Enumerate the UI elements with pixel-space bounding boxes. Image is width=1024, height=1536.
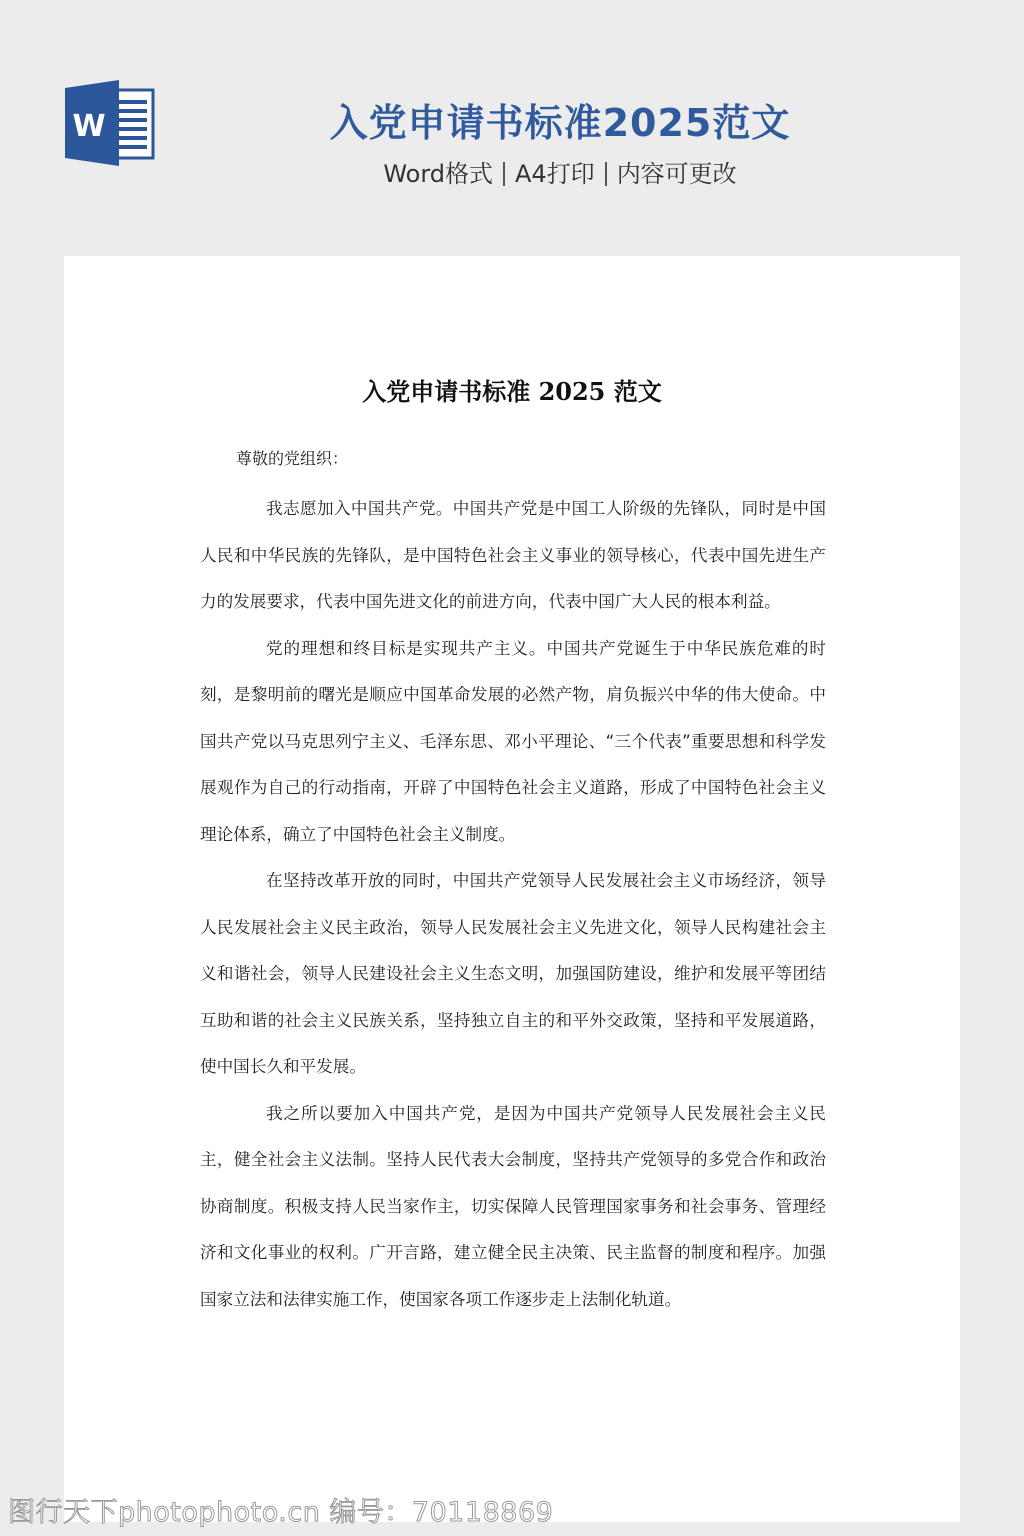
watermark: 图行天下photophoto.cn 编号：70118869 — [8, 1490, 553, 1529]
paragraph: 在坚持改革开放的同时，中国共产党领导人民发展社会主义市场经济，领导人民发展社会主… — [200, 858, 826, 1091]
editable-label: 内容可更改 — [617, 160, 737, 188]
format-label: Word格式 — [383, 160, 493, 188]
word-document-icon: W — [65, 80, 157, 166]
document-body: 我志愿加入中国共产党。中国共产党是中国工人阶级的先锋队，同时是中国人民和中华民族… — [200, 486, 826, 1323]
print-label: A4打印 — [515, 160, 595, 188]
header-title: 入党申请书标准2025范文 — [320, 92, 800, 147]
divider — [503, 162, 505, 186]
salutation: 尊敬的党组织： — [236, 446, 348, 469]
header-subtitle: Word格式A4打印内容可更改 — [320, 154, 800, 189]
paragraph: 我之所以要加入中国共产党，是因为中国共产党领导人民发展社会主义民主，健全社会主义… — [200, 1091, 826, 1324]
paragraph: 党的理想和终目标是实现共产主义。中国共产党诞生于中华民族危难的时刻，是黎明前的曙… — [200, 626, 826, 859]
divider — [605, 162, 607, 186]
svg-text:W: W — [72, 109, 105, 144]
paragraph: 我志愿加入中国共产党。中国共产党是中国工人阶级的先锋队，同时是中国人民和中华民族… — [200, 486, 826, 626]
document-title: 入党申请书标准 2025 范文 — [64, 372, 960, 407]
document-page: 入党申请书标准 2025 范文 尊敬的党组织： 我志愿加入中国共产党。中国共产党… — [64, 256, 960, 1522]
